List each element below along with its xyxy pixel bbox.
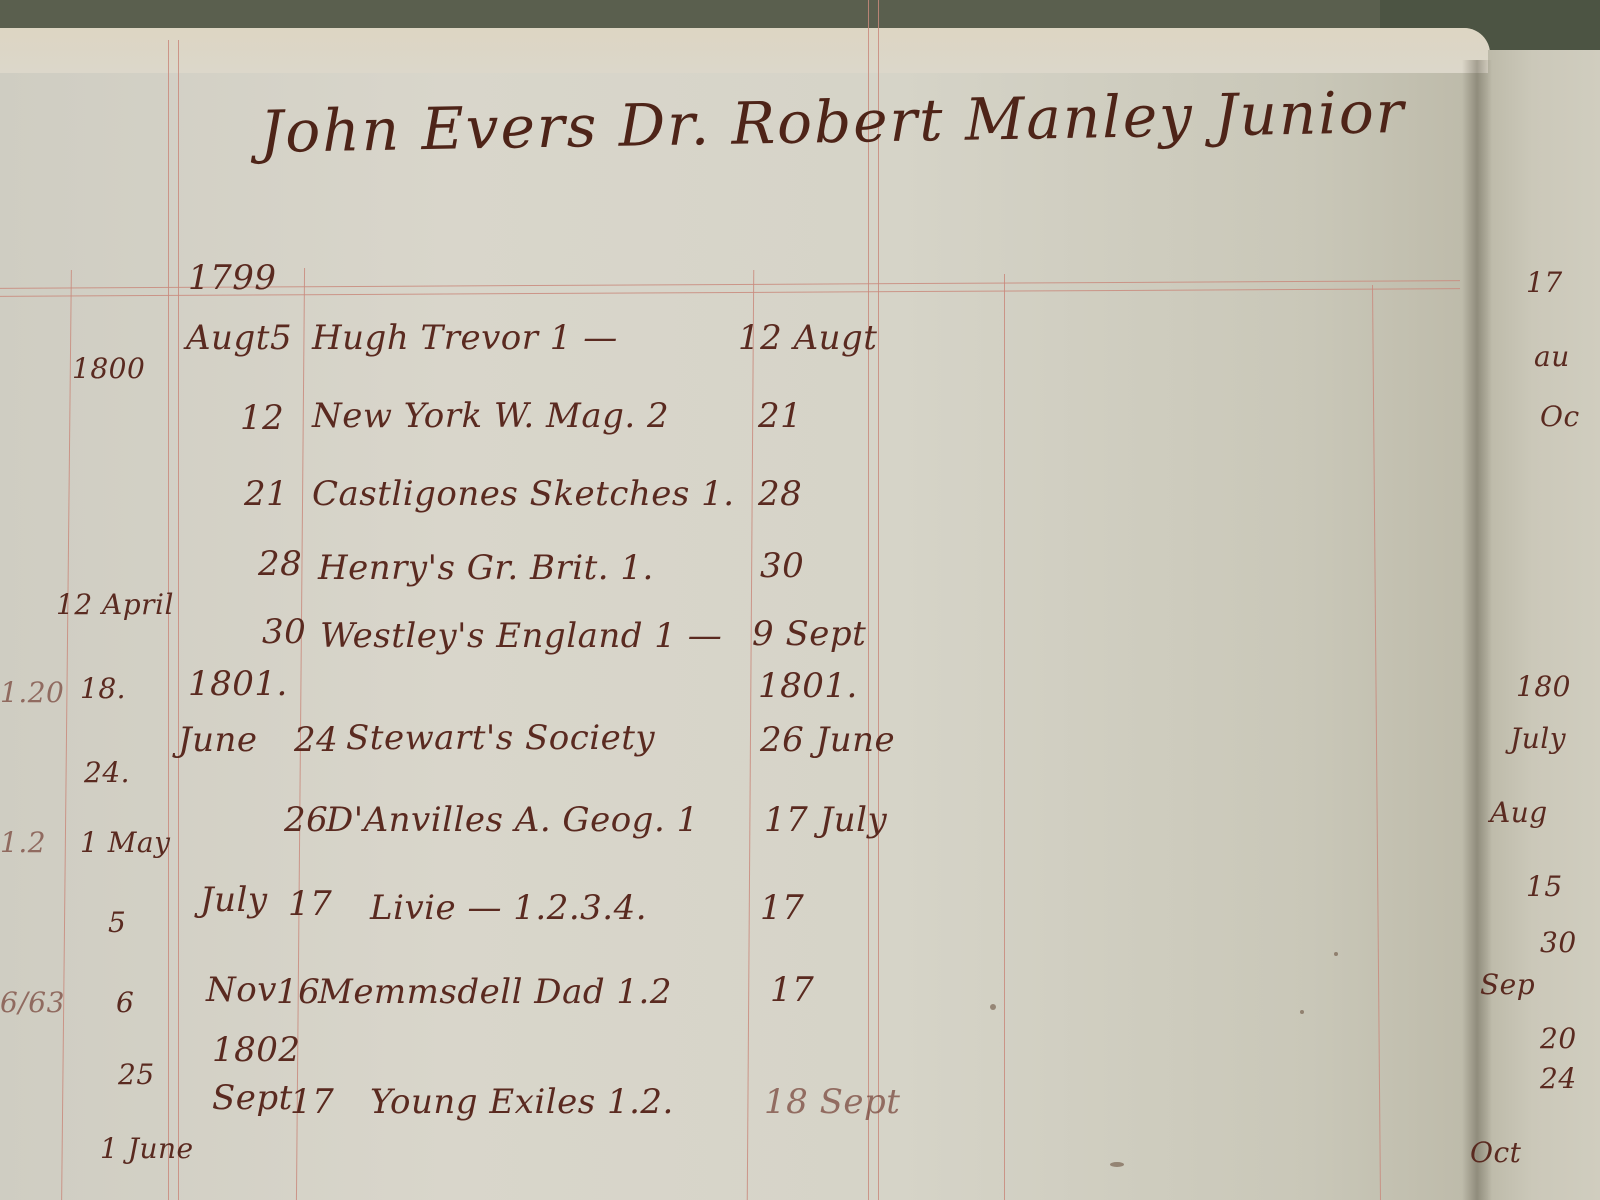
right-page-fragment: Aug — [1490, 796, 1548, 829]
entry-returned-year: 1801. — [758, 666, 858, 706]
entry-day: 28 — [258, 544, 302, 584]
entry-returned: 12 Augt — [738, 318, 877, 358]
entry-year: 1801. — [188, 664, 288, 704]
margin-fragment: 18. — [80, 672, 126, 705]
entry-month: Sept — [212, 1078, 293, 1118]
entry-month: July — [200, 880, 268, 920]
right-page-fragment: Sep — [1480, 968, 1535, 1001]
ink-speck — [990, 1004, 996, 1010]
right-page-fragment: 180 — [1516, 670, 1571, 703]
entry-day: 26 — [284, 800, 328, 840]
entry-year: 1802 — [212, 1030, 301, 1070]
book-gutter — [1462, 60, 1492, 1200]
rule-line — [878, 0, 879, 1200]
rule-line — [178, 40, 179, 1200]
entry-returned: 17 July — [764, 800, 887, 840]
entry-day: 17 — [288, 884, 332, 924]
entry-returned: 30 — [760, 546, 804, 586]
right-page-fragment: 20 — [1540, 1022, 1577, 1055]
entry-item: D'Anvilles A. Geog. 1 — [326, 800, 699, 840]
ink-speck — [1110, 1162, 1124, 1167]
entry-day: 12 — [240, 398, 284, 438]
entry-returned: 26 June — [760, 720, 895, 760]
margin-fragment: 24. — [84, 756, 130, 789]
margin-fragment: 6 — [116, 986, 134, 1019]
right-page-fragment: 15 — [1526, 870, 1563, 903]
margin-fragment: 1.20 — [0, 676, 64, 709]
entry-item: Westley's England 1 — — [320, 616, 722, 656]
entry-returned: 21 — [758, 396, 802, 436]
rule-line — [1004, 274, 1005, 1200]
rule-line — [868, 0, 869, 1200]
right-page-fragment: 24 — [1540, 1062, 1577, 1095]
margin-fragment: 25 — [118, 1058, 155, 1091]
entry-item: Henry's Gr. Brit. 1. — [318, 548, 654, 588]
entry-item: Young Exiles 1.2. — [370, 1082, 674, 1122]
ink-speck — [1300, 1010, 1304, 1014]
entry-day: 21 — [244, 474, 288, 514]
entry-month: Nov — [206, 970, 277, 1010]
margin-fragment: 12 April — [56, 588, 174, 621]
entry-day: 16 — [276, 972, 320, 1012]
ink-speck — [1334, 952, 1338, 956]
right-page-fragment: 30 — [1540, 926, 1577, 959]
entry-year: 1799 — [188, 258, 277, 298]
right-page-fragment: July — [1510, 722, 1566, 755]
entry-returned: 18 Sept — [764, 1082, 900, 1122]
entry-month: Augt — [186, 318, 270, 358]
entry-item: Stewart's Society — [346, 718, 655, 758]
ledger-page — [0, 28, 1490, 1200]
entry-month: June — [178, 720, 258, 760]
margin-fragment: 6/63 — [0, 986, 65, 1019]
entry-day: 24 — [294, 720, 338, 760]
entry-item: Castligones Sketches 1. — [312, 474, 735, 514]
entry-day: 5 — [270, 318, 292, 358]
entry-item: Livie — 1.2.3.4. — [370, 888, 647, 928]
entry-day: 17 — [290, 1082, 334, 1122]
margin-fragment: 1800 — [72, 352, 145, 385]
page-top-edge — [0, 28, 1490, 73]
entry-returned: 28 — [758, 474, 802, 514]
entry-item: New York W. Mag. 2 — [312, 396, 669, 436]
entry-item: Memmsdell Dad 1.2 — [318, 972, 672, 1012]
entry-day: 30 — [262, 612, 306, 652]
right-page-fragment: Oc — [1540, 400, 1580, 433]
entry-returned: 17 — [760, 888, 804, 928]
entry-item: Hugh Trevor 1 — — [312, 318, 618, 358]
margin-fragment: 1.2 — [0, 826, 46, 859]
right-page-fragment: 17 — [1526, 266, 1563, 299]
entry-returned: 17 — [770, 970, 814, 1010]
margin-fragment: 5 — [108, 906, 126, 939]
margin-fragment: 1 May — [80, 826, 170, 859]
right-page-fragment: Oct — [1470, 1136, 1521, 1169]
entry-returned: 9 Sept — [752, 614, 866, 654]
right-page-fragment: au — [1534, 340, 1570, 373]
margin-fragment: 1 June — [100, 1132, 194, 1165]
